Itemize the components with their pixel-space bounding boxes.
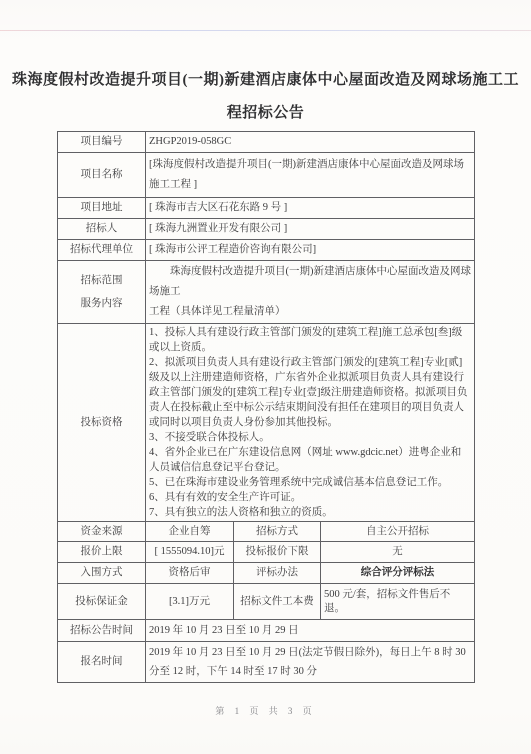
table-row: 报名时间 2019 年 10 月 23 日至 10 月 29 日(法定节假日除外… bbox=[58, 642, 475, 683]
price-floor-value: 无 bbox=[321, 542, 475, 563]
table-row: 项目地址 [ 珠海市吉大区石花东路 9 号 ] bbox=[58, 198, 475, 219]
qualification-item: 5、已在珠海市建设业务管理系统中完成诚信基本信息登记工作。 bbox=[149, 475, 471, 490]
tenderee-value: [ 珠海九洲置业开发有限公司 ] bbox=[146, 219, 475, 240]
announce-time-label: 招标公告时间 bbox=[58, 620, 146, 642]
qualification-item: 7、具有独立的法人资格和独立的资质。 bbox=[149, 505, 471, 520]
document-title: 珠海度假村改造提升项目(一期)新建酒店康体中心屋面改造及网球场施工工 程招标公告 bbox=[0, 64, 531, 130]
project-no-label: 项目编号 bbox=[58, 132, 146, 153]
scope-value: 珠海度假村改造提升项目(一期)新建酒店康体中心屋面改造及网球场施工 工程（具体详… bbox=[146, 261, 475, 324]
project-addr-value: [ 珠海市吉大区石花东路 9 号 ] bbox=[146, 198, 475, 219]
table-row: 投标资格 1、投标人具有建设行政主管部门颁发的[建筑工程]施工总承包[叁]级或以… bbox=[58, 324, 475, 522]
document-title-line1: 珠海度假村改造提升项目(一期)新建酒店康体中心屋面改造及网球场施工工 bbox=[0, 64, 531, 97]
scope-label-line2: 服务内容 bbox=[61, 295, 142, 312]
table-row: 招标范围 服务内容 珠海度假村改造提升项目(一期)新建酒店康体中心屋面改造及网球… bbox=[58, 261, 475, 324]
qualification-item: 1、投标人具有建设行政主管部门颁发的[建筑工程]施工总承包[叁]级或以上资质。 bbox=[149, 325, 471, 355]
price-floor-label: 投标报价下限 bbox=[234, 542, 321, 563]
scope-value-line2: 工程（具体详见工程量清单） bbox=[149, 302, 471, 322]
agency-label: 招标代理单位 bbox=[58, 240, 146, 261]
qualification-label: 投标资格 bbox=[58, 324, 146, 522]
announce-time-value: 2019 年 10 月 23 日至 10 月 29 日 bbox=[146, 620, 475, 642]
scanned-document-page: 珠海度假村改造提升项目(一期)新建酒店康体中心屋面改造及网球场施工工 程招标公告… bbox=[0, 0, 531, 754]
qualification-item: 4、省外企业已在广东建设信息网（网址 www.gdcic.net）进粤企业和人员… bbox=[149, 445, 471, 475]
doc-fee-label: 招标文件工本费 bbox=[234, 584, 321, 620]
signup-time-label: 报名时间 bbox=[58, 642, 146, 683]
tenderee-label: 招标人 bbox=[58, 219, 146, 240]
scope-label-line1: 招标范围 bbox=[61, 272, 142, 289]
evaluation-label: 评标办法 bbox=[234, 563, 321, 584]
project-name-label: 项目名称 bbox=[58, 153, 146, 198]
price-cap-value: [ 1555094.10]元 bbox=[146, 542, 234, 563]
shortlist-label: 入围方式 bbox=[58, 563, 146, 584]
page-number-footer: 第 1 页 共 3 页 bbox=[0, 704, 531, 717]
agency-value: [ 珠海市公评工程造价咨询有限公司] bbox=[146, 240, 475, 261]
project-no-value: ZHGP2019-058GC bbox=[146, 132, 475, 153]
table-row: 招标代理单位 [ 珠海市公评工程造价咨询有限公司] bbox=[58, 240, 475, 261]
table-row: 报价上限 [ 1555094.10]元 投标报价下限 无 bbox=[58, 542, 475, 563]
project-name-value: [珠海度假村改造提升项目(一期)新建酒店康体中心屋面改造及网球场施工工程 ] bbox=[146, 153, 475, 198]
scope-value-line1: 珠海度假村改造提升项目(一期)新建酒店康体中心屋面改造及网球场施工 bbox=[149, 262, 471, 302]
qualification-value: 1、投标人具有建设行政主管部门颁发的[建筑工程]施工总承包[叁]级或以上资质。 … bbox=[146, 324, 475, 522]
funding-value: 企业自筹 bbox=[146, 522, 234, 542]
table-row: 资金来源 企业自筹 招标方式 自主公开招标 bbox=[58, 522, 475, 542]
scan-line-artifact bbox=[0, 30, 531, 31]
deposit-value: [3.1]万元 bbox=[146, 584, 234, 620]
price-cap-label: 报价上限 bbox=[58, 542, 146, 563]
shortlist-value: 资格后审 bbox=[146, 563, 234, 584]
tender-notice-table: 项目编号 ZHGP2019-058GC 项目名称 [珠海度假村改造提升项目(一期… bbox=[57, 131, 475, 683]
table-row: 招标公告时间 2019 年 10 月 23 日至 10 月 29 日 bbox=[58, 620, 475, 642]
doc-fee-value: 500 元/套，招标文件售后不退。 bbox=[321, 584, 475, 620]
tender-method-label: 招标方式 bbox=[234, 522, 321, 542]
table-row: 入围方式 资格后审 评标办法 综合评分评标法 bbox=[58, 563, 475, 584]
table-row: 投标保证金 [3.1]万元 招标文件工本费 500 元/套，招标文件售后不退。 bbox=[58, 584, 475, 620]
deposit-label: 投标保证金 bbox=[58, 584, 146, 620]
project-addr-label: 项目地址 bbox=[58, 198, 146, 219]
funding-label: 资金来源 bbox=[58, 522, 146, 542]
table-row: 项目编号 ZHGP2019-058GC bbox=[58, 132, 475, 153]
signup-time-value: 2019 年 10 月 23 日至 10 月 29 日(法定节假日除外)，每日上… bbox=[146, 642, 475, 683]
evaluation-value: 综合评分评标法 bbox=[321, 563, 475, 584]
qualification-item: 3、不接受联合体投标人。 bbox=[149, 430, 471, 445]
table-row: 项目名称 [珠海度假村改造提升项目(一期)新建酒店康体中心屋面改造及网球场施工工… bbox=[58, 153, 475, 198]
qualification-item: 2、拟派项目负责人具有建设行政主管部门颁发的[建筑工程]专业[贰]级及以上注册建… bbox=[149, 355, 471, 430]
scope-label: 招标范围 服务内容 bbox=[58, 261, 146, 324]
document-title-line2: 程招标公告 bbox=[0, 97, 531, 130]
qualification-item: 6、具有有效的安全生产许可证。 bbox=[149, 490, 471, 505]
table-row: 招标人 [ 珠海九洲置业开发有限公司 ] bbox=[58, 219, 475, 240]
tender-method-value: 自主公开招标 bbox=[321, 522, 475, 542]
